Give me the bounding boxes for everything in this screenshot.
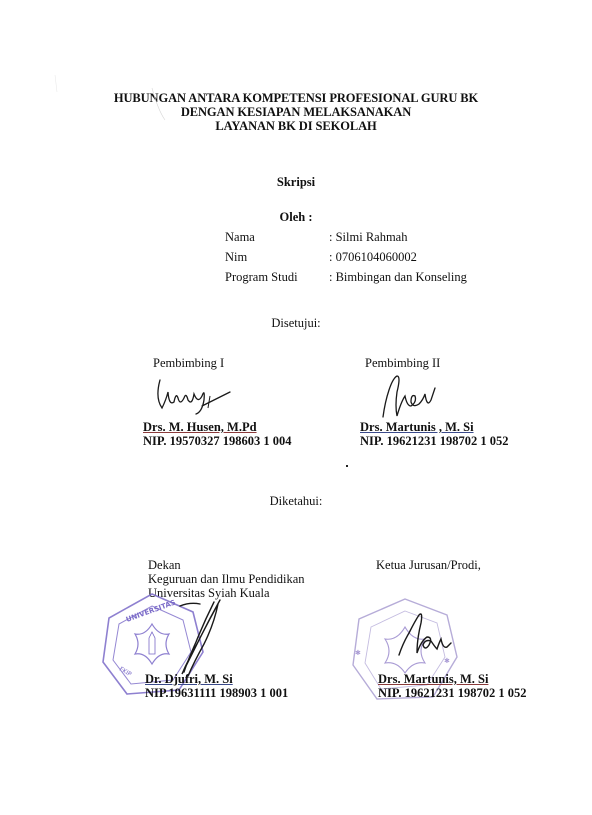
supervisor-1-signature bbox=[150, 378, 250, 418]
field-value-program: : Bimbingan dan Konseling bbox=[329, 270, 467, 285]
head-name: Drs. Martunis, M. Si bbox=[378, 672, 488, 687]
dean-role-line-1: Dekan bbox=[148, 558, 181, 573]
title-line-3: LAYANAN BK DI SEKOLAH bbox=[0, 119, 592, 133]
svg-text:UNIVERSITAS: UNIVERSITAS bbox=[125, 599, 177, 624]
title-line-2: DENGAN KESIAPAN MELAKSANAKAN bbox=[0, 105, 592, 119]
svg-text:✱: ✱ bbox=[355, 649, 361, 657]
document-title: HUBUNGAN ANTARA KOMPETENSI PROFESIONAL G… bbox=[0, 91, 592, 133]
dean-name: Dr. Djufri, M. Si bbox=[145, 672, 233, 687]
head-nip: NIP. 19621231 198702 1 052 bbox=[378, 686, 527, 701]
by-label: Oleh : bbox=[0, 210, 592, 225]
field-label-program: Program Studi bbox=[225, 270, 298, 285]
head-signature bbox=[395, 607, 455, 662]
field-value-nim: : 0706104060002 bbox=[329, 250, 417, 265]
supervisor-2-name: Drs. Martunis , M. Si bbox=[360, 420, 474, 435]
dean-role-line-2: Keguruan dan Ilmu Pendidikan bbox=[148, 572, 305, 587]
supervisor-1-nip: NIP. 19570327 198603 1 004 bbox=[143, 434, 292, 449]
supervisor-2-signature bbox=[375, 372, 445, 422]
supervisor-1-role: Pembimbing I bbox=[153, 356, 224, 371]
supervisor-1-name: Drs. M. Husen, M.Pd bbox=[143, 420, 257, 435]
acknowledged-label: Diketahui: bbox=[0, 494, 592, 509]
dean-signature bbox=[170, 598, 230, 678]
field-value-nama: : Silmi Rahmah bbox=[329, 230, 407, 245]
scan-dot bbox=[346, 465, 348, 467]
field-label-nama: Nama bbox=[225, 230, 255, 245]
dean-nip: NIP.19631111 198903 1 001 bbox=[145, 686, 288, 701]
supervisor-2-nip: NIP. 19621231 198702 1 052 bbox=[360, 434, 509, 449]
title-line-1: HUBUNGAN ANTARA KOMPETENSI PROFESIONAL G… bbox=[0, 91, 592, 105]
head-role: Ketua Jurusan/Prodi, bbox=[376, 558, 481, 573]
field-label-nim: Nim bbox=[225, 250, 247, 265]
document-type: Skripsi bbox=[0, 175, 592, 190]
supervisor-2-role: Pembimbing II bbox=[365, 356, 440, 371]
approved-label: Disetujui: bbox=[0, 316, 592, 331]
